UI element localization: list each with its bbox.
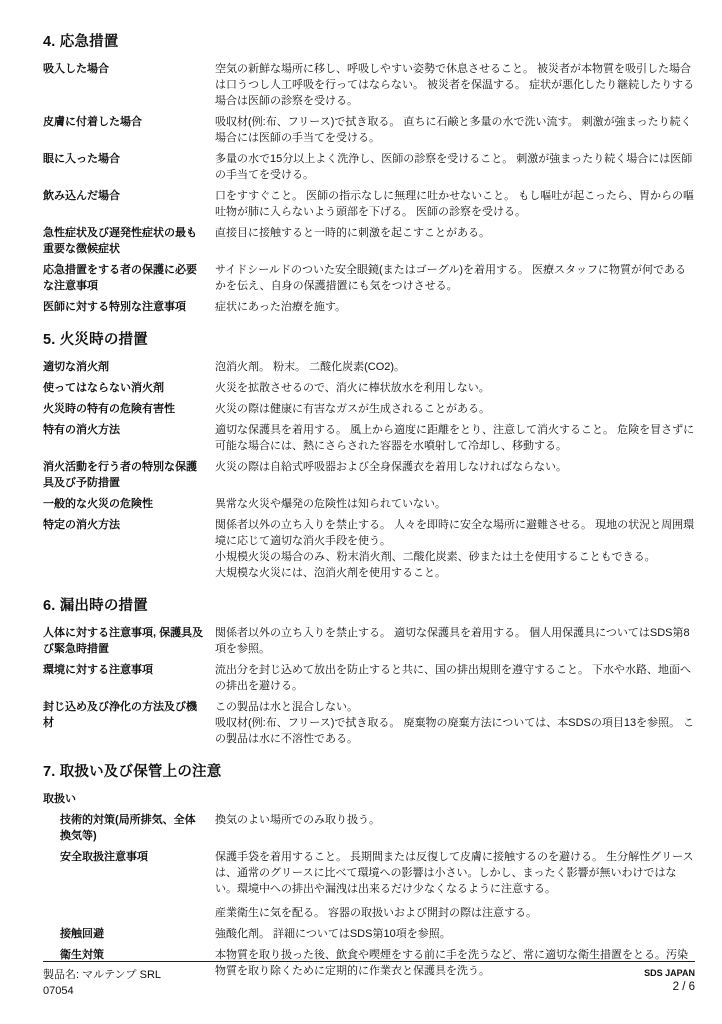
row-label: 特有の消火方法 — [43, 422, 215, 438]
row-label: 適切な消火剤 — [43, 359, 215, 375]
section: 5. 火災時の措置適切な消火剤泡消火剤。 粉末。 二酸化炭素(CO2)。使っては… — [43, 328, 695, 581]
row-value: 関係者以外の立ち入りを禁止する。 人々を即時に安全な場所に避難させる。 現地の状… — [215, 517, 695, 581]
sds-row: 封じ込め及び浄化の方法及び機材この製品は水と混合しない。 吸収材(例:布、フリー… — [43, 699, 695, 747]
group-label: 取扱い — [43, 791, 695, 807]
footer-product-info: 製品名: マルテンプ SRL 07054 — [43, 967, 161, 999]
row-paragraph: 異常な火災や爆発の危険性は知られていない。 — [215, 496, 695, 512]
sds-row: 急性症状及び遅発性症状の最も重要な徴候症状直接目に接触すると一時的に刺激を起こす… — [43, 225, 695, 257]
footer-product-code: 07054 — [43, 983, 161, 999]
row-value: 火災を拡散させるので、消火に棒状放水を利用しない。 — [215, 380, 695, 396]
row-label: 皮膚に付着した場合 — [43, 114, 215, 130]
row-label: 消火活動を行う者の特別な保護具及び予防措置 — [43, 459, 215, 491]
row-label: 吸入した場合 — [43, 61, 215, 77]
sds-row: 安全取扱注意事項保護手袋を着用すること。 長期間または反復して皮膚に接触するのを… — [43, 849, 695, 921]
sds-row: 消火活動を行う者の特別な保護具及び予防措置火災の際は自給式呼吸器および全身保護衣… — [43, 459, 695, 491]
row-label: 火災時の特有の危険有害性 — [43, 401, 215, 417]
sds-row: 特定の消火方法関係者以外の立ち入りを禁止する。 人々を即時に安全な場所に避難させ… — [43, 517, 695, 581]
row-paragraph: 泡消火剤。 粉末。 二酸化炭素(CO2)。 — [215, 359, 695, 375]
row-label: 一般的な火災の危険性 — [43, 496, 215, 512]
footer-org-label: SDS JAPAN — [644, 967, 695, 980]
sds-row: 眼に入った場合多量の水で15分以上よく洗浄し、医師の診察を受けること。 刺激が強… — [43, 151, 695, 183]
row-value: 口をすすぐこと。 医師の指示なしに無理に吐かせないこと。 もし嘔吐が起こったら、… — [215, 188, 695, 220]
row-paragraph: 吸収材(例:布、フリース)で拭き取る。 直ちに石鹸と多量の水で洗い流す。 刺激が… — [215, 114, 695, 146]
sds-row: 皮膚に付着した場合吸収材(例:布、フリース)で拭き取る。 直ちに石鹸と多量の水で… — [43, 114, 695, 146]
row-label: 急性症状及び遅発性症状の最も重要な徴候症状 — [43, 225, 215, 257]
sds-page: { "document": { "sections": [ { "title":… — [0, 0, 722, 1024]
row-paragraph: 空気の新鮮な場所に移し、呼吸しやすい姿勢で休息させること。 被災者が本物質を吸引… — [215, 61, 695, 109]
row-paragraph: 換気のよい場所でのみ取り扱う。 — [215, 812, 695, 828]
footer-page-info: SDS JAPAN 2 / 6 — [644, 967, 695, 995]
row-label: 環境に対する注意事項 — [43, 662, 215, 678]
row-paragraph: 関係者以外の立ち入りを禁止する。 人々を即時に安全な場所に避難させる。 現地の状… — [215, 517, 695, 581]
row-label: 使ってはならない消火剤 — [43, 380, 215, 396]
row-paragraph: 火災の際は自給式呼吸器および全身保護衣を着用しなければならない。 — [215, 459, 695, 475]
row-paragraph: 症状にあった治療を施す。 — [215, 299, 695, 315]
row-label: 技術的対策(局所排気、全体換気等) — [43, 812, 215, 844]
row-paragraph: この製品は水と混合しない。 吸収材(例:布、フリース)で拭き取る。 廃棄物の廃棄… — [215, 699, 695, 747]
section: 6. 漏出時の措置人体に対する注意事項, 保護具及び緊急時措置関係者以外の立ち入… — [43, 594, 695, 747]
row-value: 火災の際は健康に有害なガスが生成されることがある。 — [215, 401, 695, 417]
row-label: 接触回避 — [43, 926, 215, 942]
row-label: 飲み込んだ場合 — [43, 188, 215, 204]
row-paragraph: サイドシールドのついた安全眼鏡(またはゴーグル)を着用する。 医療スタッフに物質… — [215, 262, 695, 294]
sds-row: 応急措置をする者の保護に必要な注意事項サイドシールドのついた安全眼鏡(またはゴー… — [43, 262, 695, 294]
row-value: 直接目に接触すると一時的に刺激を起こすことがある。 — [215, 225, 695, 241]
sds-row: 人体に対する注意事項, 保護具及び緊急時措置関係者以外の立ち入りを禁止する。 適… — [43, 625, 695, 657]
row-value: サイドシールドのついた安全眼鏡(またはゴーグル)を着用する。 医療スタッフに物質… — [215, 262, 695, 294]
sds-row: 火災時の特有の危険有害性火災の際は健康に有害なガスが生成されることがある。 — [43, 401, 695, 417]
row-paragraph: 適切な保護具を着用する。 風上から適度に距離をとり、注意して消火すること。 危険… — [215, 422, 695, 454]
row-label: 人体に対する注意事項, 保護具及び緊急時措置 — [43, 625, 215, 657]
section: 7. 取扱い及び保管上の注意取扱い技術的対策(局所排気、全体換気等)換気のよい場… — [43, 760, 695, 979]
footer-product-name: 製品名: マルテンプ SRL — [43, 967, 161, 983]
page-footer: 製品名: マルテンプ SRL 07054 SDS JAPAN 2 / 6 — [43, 961, 695, 999]
sds-row: 医師に対する特別な注意事項症状にあった治療を施す。 — [43, 299, 695, 315]
row-paragraph: 関係者以外の立ち入りを禁止する。 適切な保護具を着用する。 個人用保護具について… — [215, 625, 695, 657]
section-title: 6. 漏出時の措置 — [43, 594, 695, 615]
row-paragraph: 直接目に接触すると一時的に刺激を起こすことがある。 — [215, 225, 695, 241]
row-paragraph: 保護手袋を着用すること。 長期間または反復して皮膚に接触するのを避ける。 生分解… — [215, 849, 695, 897]
section-title: 4. 応急措置 — [43, 30, 695, 51]
row-value: 異常な火災や爆発の危険性は知られていない。 — [215, 496, 695, 512]
row-value: 適切な保護具を着用する。 風上から適度に距離をとり、注意して消火すること。 危険… — [215, 422, 695, 454]
row-paragraph: 流出分を封じ込めて放出を防止すると共に、国の排出規則を遵守すること。 下水や水路… — [215, 662, 695, 694]
row-label: 特定の消火方法 — [43, 517, 215, 533]
row-label: 医師に対する特別な注意事項 — [43, 299, 215, 315]
sds-row: 接触回避強酸化剤。 詳細についてはSDS第10項を参照。 — [43, 926, 695, 942]
row-label: 安全取扱注意事項 — [43, 849, 215, 865]
row-value: 泡消火剤。 粉末。 二酸化炭素(CO2)。 — [215, 359, 695, 375]
document-body: 4. 応急措置吸入した場合空気の新鮮な場所に移し、呼吸しやすい姿勢で休息させるこ… — [0, 0, 722, 979]
sds-row: 特有の消火方法適切な保護具を着用する。 風上から適度に距離をとり、注意して消火す… — [43, 422, 695, 454]
row-paragraph: 強酸化剤。 詳細についてはSDS第10項を参照。 — [215, 926, 695, 942]
sds-row: 環境に対する注意事項流出分を封じ込めて放出を防止すると共に、国の排出規則を遵守す… — [43, 662, 695, 694]
row-value: 関係者以外の立ち入りを禁止する。 適切な保護具を着用する。 個人用保護具について… — [215, 625, 695, 657]
sds-row: 技術的対策(局所排気、全体換気等)換気のよい場所でのみ取り扱う。 — [43, 812, 695, 844]
row-value: 空気の新鮮な場所に移し、呼吸しやすい姿勢で休息させること。 被災者が本物質を吸引… — [215, 61, 695, 109]
sds-row: 使ってはならない消火剤火災を拡散させるので、消火に棒状放水を利用しない。 — [43, 380, 695, 396]
row-paragraph: 口をすすぐこと。 医師の指示なしに無理に吐かせないこと。 もし嘔吐が起こったら、… — [215, 188, 695, 220]
row-value: この製品は水と混合しない。 吸収材(例:布、フリース)で拭き取る。 廃棄物の廃棄… — [215, 699, 695, 747]
row-label: 応急措置をする者の保護に必要な注意事項 — [43, 262, 215, 294]
row-label: 封じ込め及び浄化の方法及び機材 — [43, 699, 215, 731]
section: 4. 応急措置吸入した場合空気の新鮮な場所に移し、呼吸しやすい姿勢で休息させるこ… — [43, 30, 695, 315]
section-title: 5. 火災時の措置 — [43, 328, 695, 349]
sds-row: 一般的な火災の危険性異常な火災や爆発の危険性は知られていない。 — [43, 496, 695, 512]
row-value: 吸収材(例:布、フリース)で拭き取る。 直ちに石鹸と多量の水で洗い流す。 刺激が… — [215, 114, 695, 146]
row-value: 火災の際は自給式呼吸器および全身保護衣を着用しなければならない。 — [215, 459, 695, 475]
row-value: 流出分を封じ込めて放出を防止すると共に、国の排出規則を遵守すること。 下水や水路… — [215, 662, 695, 694]
row-value: 症状にあった治療を施す。 — [215, 299, 695, 315]
row-paragraph: 産業衛生に気を配る。 容器の取扱いおよび開封の際は注意する。 — [215, 905, 695, 921]
row-value: 換気のよい場所でのみ取り扱う。 — [215, 812, 695, 828]
row-value: 保護手袋を着用すること。 長期間または反復して皮膚に接触するのを避ける。 生分解… — [215, 849, 695, 921]
sds-row: 飲み込んだ場合口をすすぐこと。 医師の指示なしに無理に吐かせないこと。 もし嘔吐… — [43, 188, 695, 220]
section-title: 7. 取扱い及び保管上の注意 — [43, 760, 695, 781]
row-paragraph: 多量の水で15分以上よく洗浄し、医師の診察を受けること。 刺激が強まったり続く場… — [215, 151, 695, 183]
footer-page-number: 2 / 6 — [644, 980, 695, 995]
row-paragraph: 火災の際は健康に有害なガスが生成されることがある。 — [215, 401, 695, 417]
row-paragraph: 火災を拡散させるので、消火に棒状放水を利用しない。 — [215, 380, 695, 396]
row-value: 強酸化剤。 詳細についてはSDS第10項を参照。 — [215, 926, 695, 942]
sds-row: 吸入した場合空気の新鮮な場所に移し、呼吸しやすい姿勢で休息させること。 被災者が… — [43, 61, 695, 109]
sds-row: 適切な消火剤泡消火剤。 粉末。 二酸化炭素(CO2)。 — [43, 359, 695, 375]
row-label: 眼に入った場合 — [43, 151, 215, 167]
row-value: 多量の水で15分以上よく洗浄し、医師の診察を受けること。 刺激が強まったり続く場… — [215, 151, 695, 183]
